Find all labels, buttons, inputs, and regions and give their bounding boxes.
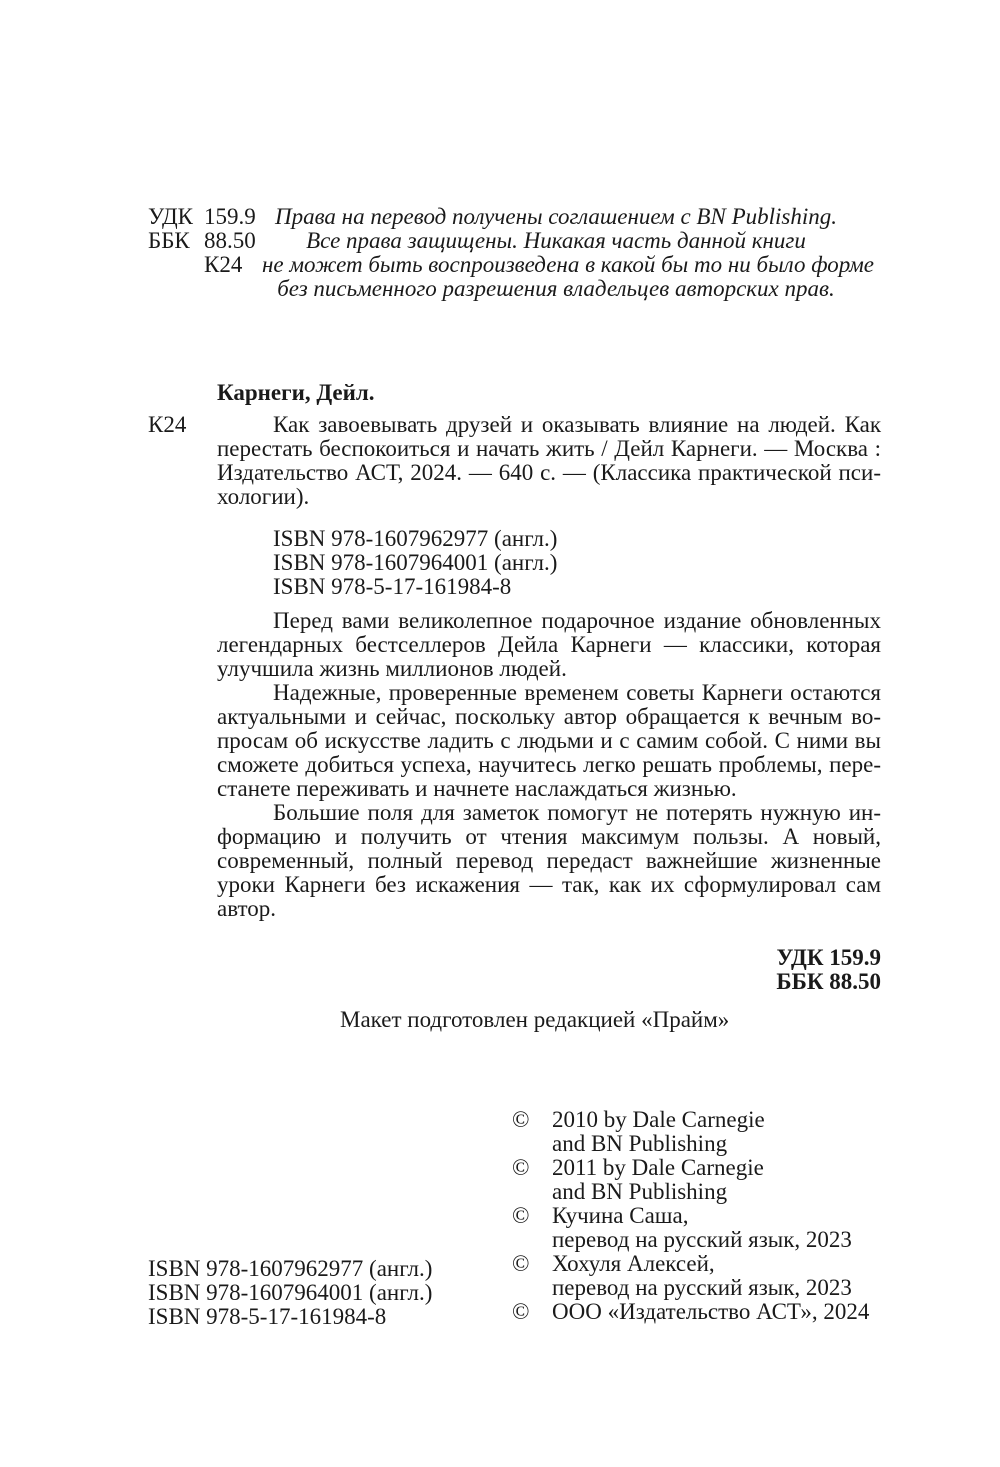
biblio-line: Как завоевывать друзей и оказывать влиян… bbox=[217, 413, 881, 437]
annotation-paragraph: Перед вами великолепное подарочное издан… bbox=[217, 609, 881, 681]
bibliographic-description: Как завоевывать друзей и оказывать влиян… bbox=[217, 413, 881, 509]
biblio-line: Издательство АСТ, 2024. — 640 с. — (Клас… bbox=[217, 461, 881, 485]
copyright-icon: © bbox=[512, 1108, 529, 1132]
bottom-isbn-list: ISBN 978-1607962977 (англ.) ISBN 978-160… bbox=[148, 1257, 432, 1329]
isbn-item: ISBN 978-1607964001 (англ.) bbox=[148, 1281, 432, 1305]
rights-line: не может быть воспроизведена в какой бы … bbox=[262, 253, 850, 277]
udk-summary: УДК 159.9 bbox=[776, 946, 881, 970]
annotation-paragraph: Большие поля для заметок помогут не поте… bbox=[217, 801, 881, 921]
isbn-item: ISBN 978-5-17-161984-8 bbox=[148, 1305, 432, 1329]
catalog-author-mark: К24 bbox=[148, 413, 186, 437]
copyright-item: © Кучина Саша, перевод на русский язык, … bbox=[512, 1204, 869, 1252]
biblio-line: хологии). bbox=[217, 485, 881, 509]
isbn-list: ISBN 978-1607962977 (англ.) ISBN 978-160… bbox=[273, 527, 557, 599]
copyright-item: © 2011 by Dale Carnegie and BN Publishin… bbox=[512, 1156, 869, 1204]
rights-line: без письменного разрешения владельцев ав… bbox=[262, 277, 850, 301]
annotation: Перед вами великолепное подарочное издан… bbox=[217, 609, 881, 921]
rights-line: Все права защищены. Никакая часть данной… bbox=[262, 229, 850, 253]
biblio-line: перестать беспокоиться и начать жить / Д… bbox=[217, 437, 881, 461]
bbk-label: ББК bbox=[148, 229, 204, 253]
copyright-item: © ООО «Издательство АСТ», 2024 bbox=[512, 1300, 869, 1324]
bbk-value: 88.50 bbox=[204, 228, 256, 253]
bbk-row: ББК88.50 bbox=[148, 229, 256, 253]
isbn-item: ISBN 978-1607962977 (англ.) bbox=[148, 1257, 432, 1281]
isbn-item: ISBN 978-1607964001 (англ.) bbox=[273, 551, 557, 575]
udk-label: УДК bbox=[148, 205, 204, 229]
author-mark: К24 bbox=[204, 252, 242, 277]
classification-summary: УДК 159.9 ББК 88.50 bbox=[776, 946, 881, 994]
copyright-icon: © bbox=[512, 1156, 529, 1180]
bbk-summary: ББК 88.50 bbox=[776, 970, 881, 994]
rights-line: Права на перевод получены соглашением с … bbox=[262, 205, 850, 229]
classification-codes: УДК159.9 ББК88.50 К24 bbox=[148, 205, 256, 277]
rights-notice: Права на перевод получены соглашением с … bbox=[262, 205, 850, 301]
udk-value: 159.9 bbox=[204, 204, 256, 229]
copyright-icon: © bbox=[512, 1300, 529, 1324]
author-heading: Карнеги, Дейл. bbox=[217, 381, 375, 405]
udk-row: УДК159.9 bbox=[148, 205, 256, 229]
copyright-item: © 2010 by Dale Carnegie and BN Publishin… bbox=[512, 1108, 869, 1156]
isbn-item: ISBN 978-1607962977 (англ.) bbox=[273, 527, 557, 551]
copyright-icon: © bbox=[512, 1204, 529, 1228]
author-mark-row: К24 bbox=[148, 253, 256, 277]
layout-credit: Макет подготовлен редакцией «Прайм» bbox=[340, 1008, 729, 1032]
annotation-paragraph: Надежные, проверенные временем советы Ка… bbox=[217, 681, 881, 801]
isbn-item: ISBN 978-5-17-161984-8 bbox=[273, 575, 557, 599]
copyright-icon: © bbox=[512, 1252, 529, 1276]
copyright-item: © Хохуля Алексей, перевод на русский язы… bbox=[512, 1252, 869, 1300]
copyright-list: © 2010 by Dale Carnegie and BN Publishin… bbox=[512, 1108, 869, 1324]
